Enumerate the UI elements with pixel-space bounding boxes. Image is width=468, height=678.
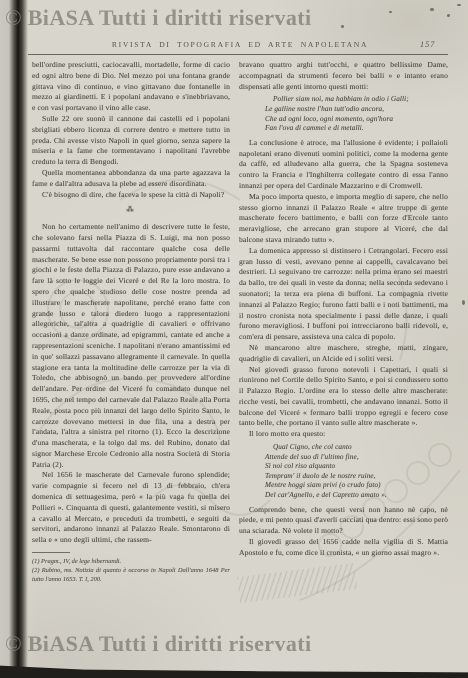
paragraph: Il loro motto era questo: <box>239 429 448 440</box>
verse-motti: Pollier siam noi, ma habbiam in odio i G… <box>265 95 448 133</box>
paragraph: Nel giovedì grasso furono notevoli i Cap… <box>239 365 448 430</box>
verse-line: Sì noi col riso alquanto <box>265 462 448 472</box>
scan-speck <box>341 25 344 28</box>
paragraph: Quella momentanea abbondanza da una part… <box>32 168 230 190</box>
scan-speck <box>457 4 461 6</box>
scan-speck <box>389 11 392 13</box>
paragraph: Sulle 22 ore suonò il cannone dai castel… <box>32 114 230 168</box>
footnote-block: (1) Pragm., IV, de lege hibernandi. (2) … <box>32 552 230 584</box>
paragraph: C'è bisogno di dire, che faceva le spese… <box>32 190 230 201</box>
asterism-separator: ⁂ <box>32 205 230 216</box>
paragraph: Comprendo bene, che questi versi non han… <box>239 505 448 537</box>
verse-motto: Qual Cigno, che col canto Attende del su… <box>265 443 448 501</box>
paragraph: Il giovedì grasso del 1656 cadde nella v… <box>239 537 448 559</box>
scan-speck <box>447 14 450 17</box>
running-head-title: RIVISTA DI TOPOGRAFIA ED ARTE NAPOLETANA <box>60 40 420 49</box>
text-column-left: bell'ordine presciutti, caciocavalli, mo… <box>32 60 230 550</box>
verse-line: Pollier siam noi, ma habbiam in odio i G… <box>265 95 448 105</box>
paragraph: La conclusione è atroce, ma l'allusione … <box>239 138 448 192</box>
paragraph: Nel 1656 le mascherate del Carnevale fur… <box>32 470 230 546</box>
paragraph: Non ho certamente nell'animo di descrive… <box>32 222 230 470</box>
verse-line: Attende del suo dì l'ultimo fine, <box>265 453 448 463</box>
paragraph: bell'ordine presciutti, caciocavalli, mo… <box>32 60 230 114</box>
footnote: (1) Pragm., IV, de lege hibernandi. <box>32 557 230 566</box>
page-number: 157 <box>420 40 435 49</box>
library-watermark-bottom: © BiASA Tutti i diritti riservati <box>5 631 311 657</box>
verse-line: Mentre hoggi siam privi (o crudo fato) <box>265 481 448 491</box>
paragraph: Nè mancarono altre maschere, streghe, ma… <box>239 343 448 365</box>
footnote-rule <box>32 552 70 553</box>
paragraph: Ma poco importa questo, e importa meglio… <box>239 192 448 246</box>
verse-line: Tempram' il duolo de le nostre ruine, <box>265 472 448 482</box>
verse-line: Fan l'ova di cammei e di metalli. <box>265 124 448 134</box>
verse-line: Le galline nostre l'han tutt'odio ancora… <box>265 105 448 115</box>
verse-line: Qual Cigno, che col canto <box>265 443 448 453</box>
verse-line: Che ad ogni loco, ogni momento, ogn'hora <box>265 115 448 125</box>
book-gutter-shadow <box>0 0 36 678</box>
scan-speck <box>430 8 434 11</box>
scanned-journal-page: © BiASA Tutti i diritti riservati © BiAS… <box>0 0 468 678</box>
paragraph: La domenica appresso si distinsero i Cet… <box>239 246 448 343</box>
verse-line: Del car'Agnello, e del Capretto amato ». <box>265 491 448 501</box>
scan-speck <box>462 300 465 305</box>
text-column-right: bravano quattro arghi tutt'occhi, e quat… <box>239 60 448 608</box>
header-rule <box>28 54 448 55</box>
footnote: (2) Rubino, ms. Notizia di quanto è occo… <box>32 566 230 584</box>
library-watermark-top: © BiASA Tutti i diritti riservati <box>5 5 311 31</box>
scan-edge-bottom <box>0 658 468 678</box>
paragraph: bravano quattro arghi tutt'occhi, e quat… <box>239 60 448 92</box>
